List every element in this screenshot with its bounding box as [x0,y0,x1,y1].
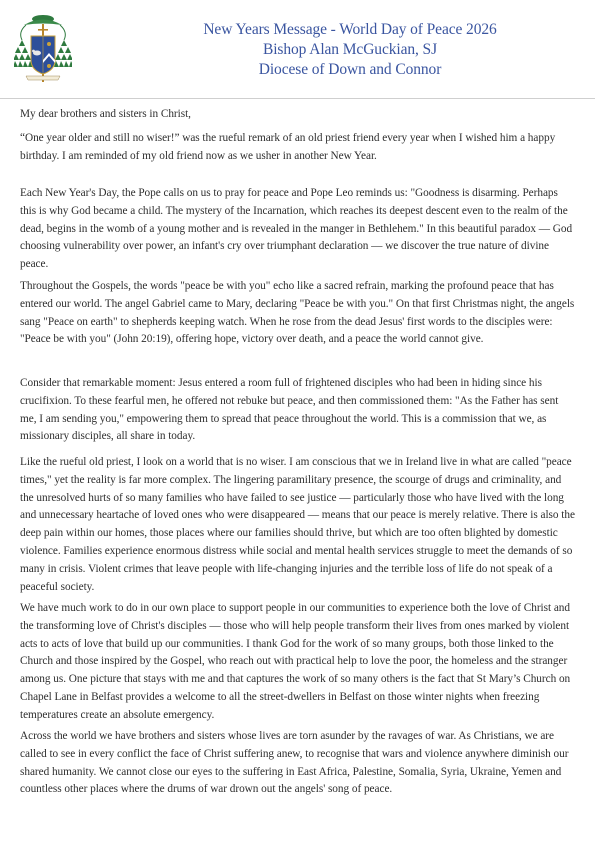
paragraph: We have much work to do in our own place… [20,600,576,725]
coat-of-arms-icon [14,10,72,90]
paragraph: Consider that remarkable moment: Jesus e… [20,375,576,446]
title-line-diocese: Diocese of Down and Connor [120,60,580,80]
paragraph: “One year older and still no wiser!” was… [20,130,576,166]
title-line-message: New Years Message - World Day of Peace 2… [120,20,580,40]
letter-header: New Years Message - World Day of Peace 2… [0,0,595,98]
paragraph: Each New Year's Day, the Pope calls on u… [20,185,576,274]
paragraph: Throughout the Gospels, the words "peace… [20,278,576,349]
header-divider [0,98,595,99]
paragraph: Like the rueful old priest, I look on a … [20,454,576,596]
salutation: My dear brothers and sisters in Christ, [20,106,191,124]
letter-title: New Years Message - World Day of Peace 2… [120,20,580,80]
title-line-bishop: Bishop Alan McGuckian, SJ [120,40,580,60]
paragraph: Across the world we have brothers and si… [20,728,576,799]
